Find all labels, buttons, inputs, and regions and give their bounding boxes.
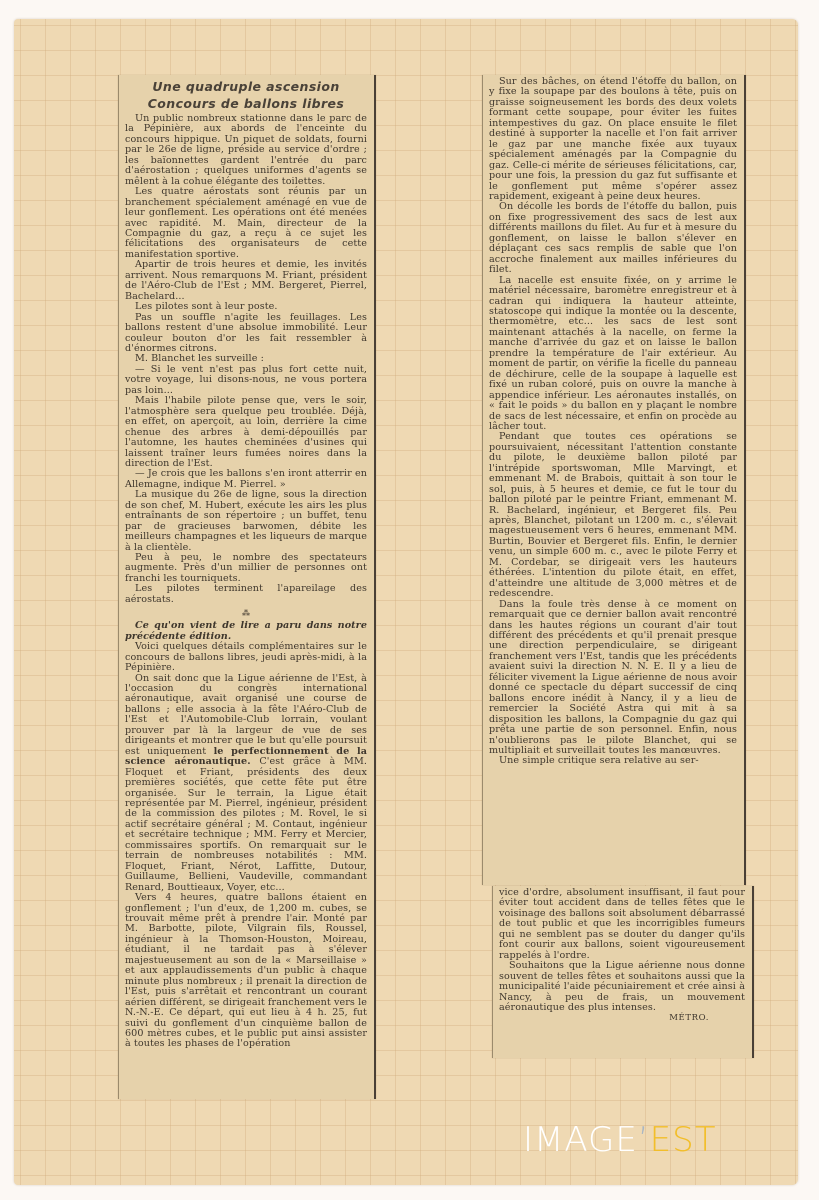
watermark-image: IMAGE bbox=[523, 1120, 638, 1160]
article-paragraph: Un public nombreux stationne dans le par… bbox=[125, 114, 367, 187]
ligue-text-b: C'est grâce à MM. Floquet et Friant, pré… bbox=[125, 756, 367, 892]
article-paragraph: vice d'ordre, absolument insuffisant, il… bbox=[499, 888, 745, 961]
article-paragraph: Vers 4 heures, quatre ballons étaient en… bbox=[125, 893, 367, 1050]
watermark-logo: IMAGE’EST bbox=[523, 1120, 717, 1160]
editor-note: Ce qu'on vient de lire a paru dans notre… bbox=[125, 621, 367, 642]
ligue-paragraph: On sait donc que la Ligue aérienne de l'… bbox=[125, 674, 367, 894]
article-paragraph: On décolle les bords de l'étoffe du ball… bbox=[489, 202, 737, 275]
headline-line-1: Une quadruple ascension bbox=[125, 79, 367, 94]
article-paragraph: Sur des bâches, on étend l'étoffe du bal… bbox=[489, 77, 737, 202]
clipping-column-right: Sur des bâches, on étend l'étoffe du bal… bbox=[482, 75, 746, 885]
article-paragraph: Apartir de trois heures et demie, les in… bbox=[125, 260, 367, 302]
article-paragraph: Mais l'habile pilote pense que, vers le … bbox=[125, 396, 367, 469]
separator-asterism: ⁂ bbox=[125, 608, 367, 620]
clipping-column-right-continued: vice d'ordre, absolument insuffisant, il… bbox=[492, 886, 754, 1058]
article-paragraph: La musique du 26e de ligne, sous la dire… bbox=[125, 490, 367, 553]
col2b-body: vice d'ordre, absolument insuffisant, il… bbox=[499, 888, 745, 1013]
clipping-column-left: Une quadruple ascension Concours de ball… bbox=[118, 75, 376, 1099]
col1-body: Un public nombreux stationne dans le par… bbox=[125, 114, 367, 605]
article-paragraph: Pendant que toutes ces opérations se pou… bbox=[489, 432, 737, 599]
article-paragraph: Voici quelques détails complémentaires s… bbox=[125, 642, 367, 673]
signature: MÉTRO. bbox=[499, 1013, 745, 1023]
article-paragraph: — Je crois que les ballons s'en iront at… bbox=[125, 469, 367, 490]
col1-body-end: Vers 4 heures, quatre ballons étaient en… bbox=[125, 893, 367, 1050]
article-paragraph: Pas un souffle n'agite les feuillages. L… bbox=[125, 313, 367, 355]
article-paragraph: Les quatre aérostats sont réunis par un … bbox=[125, 187, 367, 260]
article-paragraph: La nacelle est ensuite fixée, on y arrim… bbox=[489, 276, 737, 433]
article-paragraph: Peu à peu, le nombre des spectateurs aug… bbox=[125, 553, 367, 584]
watermark-est: EST bbox=[650, 1120, 717, 1160]
article-paragraph: — Si le vent n'est pas plus fort cette n… bbox=[125, 365, 367, 396]
article-paragraph: Une simple critique sera relative au ser… bbox=[489, 756, 737, 766]
col1-body-after: Voici quelques détails complémentaires s… bbox=[125, 642, 367, 673]
ligue-text-a: On sait donc que la Ligue aérienne de l'… bbox=[125, 673, 367, 757]
col2-body: Sur des bâches, on étend l'étoffe du bal… bbox=[489, 77, 737, 767]
article-paragraph: Souhaitons que la Ligue aérienne nous do… bbox=[499, 961, 745, 1013]
article-paragraph: Dans la foule très dense à ce moment on … bbox=[489, 600, 737, 757]
watermark-apostrophe: ’ bbox=[638, 1120, 650, 1160]
article-paragraph: Les pilotes terminent l'apareilage des a… bbox=[125, 584, 367, 605]
headline-line-2: Concours de ballons libres bbox=[125, 96, 367, 111]
